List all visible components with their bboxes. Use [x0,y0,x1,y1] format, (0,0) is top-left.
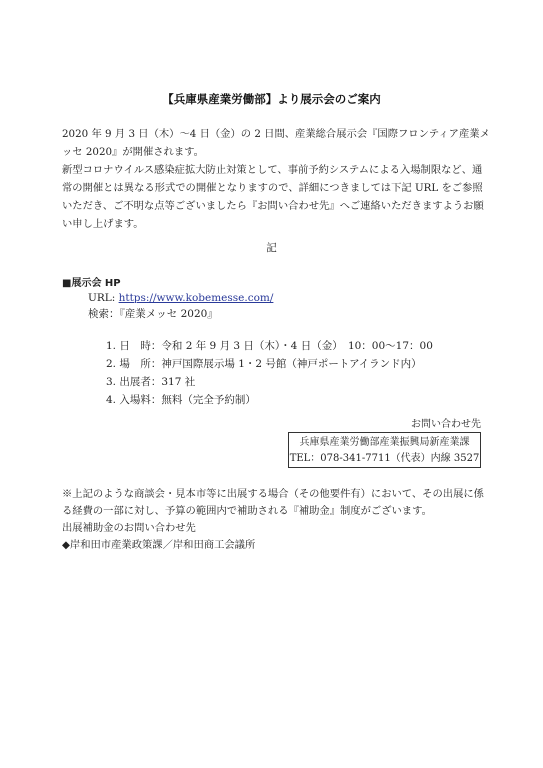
hp-url-row: URL: https://www.kobemesse.com/ [88,291,273,305]
contact-tel: TEL：078-341-7711（代表）内線 3527 [289,452,480,466]
detail-item-admission: 4. 入場料：無料（完全予約制） [106,393,256,407]
subsidy-line: ※上記のような商談会・見本市等に出展する場合（その他要件有）において、その出展に… [62,487,484,501]
intro-line: 常の開催とは異なる形式での開催となりますので、詳細につきましては下記 URL を… [62,181,483,195]
subsidy-contact-org: ◆岸和田市産業政策課／岸和田商工会議所 [62,538,255,552]
url-label: URL: [88,292,119,304]
intro-line: 2020 年 9 月 3 日（木）～4 日（金）の 2 日間、産業総合展示会『国… [62,127,490,141]
kobemesse-link[interactable]: https://www.kobemesse.com/ [119,292,274,304]
hp-section-heading: ■展示会 HP [62,277,121,291]
contact-label: お問い合わせ先 [411,418,481,432]
subsidy-line: る経費の一部に対し、予算の範囲内で補助される『補助金』制度がございます。 [62,504,432,518]
hp-search-hint: 検索：『産業メッセ 2020』 [88,307,218,321]
intro-line: い申し上げます。 [62,217,144,231]
intro-line: いただき、ご不明な点等ございましたら『お問い合わせ先』へご連絡いただきますようお… [62,199,484,213]
subsidy-contact-heading: 出展補助金のお問い合わせ先 [62,521,196,535]
detail-item-exhibitors: 3. 出展者：317 社 [106,375,195,389]
contact-box: 兵庫県産業労働部産業振興局新産業課 TEL：078-341-7711（代表）内線… [288,432,481,468]
intro-line: 新型コロナウイルス感染症拡大防止対策として、事前予約システムによる入場制限など、… [62,163,482,177]
page-title: 【兵庫県産業労働部】より展示会のご案内 [0,92,543,106]
intro-line: ッセ 2020』が開催されます。 [62,145,204,159]
detail-item-date: 1. 日 時：令和 2 年 9 月 3 日（木）・4 日（金） 10：00～17… [106,339,433,353]
contact-org: 兵庫県産業労働部産業振興局新産業課 [289,436,480,450]
ki-marker: 記 [0,241,543,255]
detail-item-venue: 2. 場 所：神戸国際展示場 1・2 号館（神戸ポートアイランド内） [106,357,422,371]
